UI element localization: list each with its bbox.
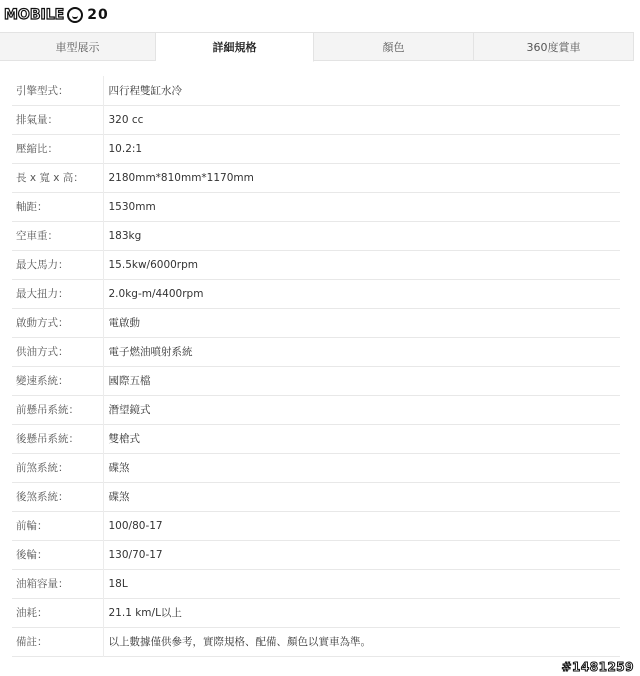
spec-value: 電子燃油噴射系統 bbox=[103, 337, 620, 366]
spec-label: 壓縮比： bbox=[12, 134, 103, 163]
spec-row-compression-ratio: 壓縮比：10.2:1 bbox=[12, 134, 620, 163]
tab-360-view[interactable]: 360度賞車 bbox=[474, 33, 634, 60]
spec-value: 潛望鏡式 bbox=[103, 395, 620, 424]
spec-value: 以上數據僅供參考，實際規格、配備、顏色以實車為準。 bbox=[103, 627, 620, 656]
tab-colors[interactable]: 顏色 bbox=[314, 33, 474, 60]
spec-row-displacement: 排氣量：320 cc bbox=[12, 105, 620, 134]
spec-label: 長 x 寬 x 高： bbox=[12, 163, 103, 192]
tab-detailed-specs[interactable]: 詳細規格 bbox=[156, 33, 314, 62]
spec-label: 軸距： bbox=[12, 192, 103, 221]
spec-label: 前懸吊系統： bbox=[12, 395, 103, 424]
spec-value: 碟煞 bbox=[103, 482, 620, 511]
spec-value: 國際五檔 bbox=[103, 366, 620, 395]
logo-wordmark: MOBILE bbox=[4, 7, 64, 23]
spec-label: 啟動方式： bbox=[12, 308, 103, 337]
site-logo[interactable]: MOBILE 20 bbox=[4, 5, 109, 25]
spec-value: 320 cc bbox=[103, 105, 620, 134]
spec-value: 130/70-17 bbox=[103, 540, 620, 569]
spec-value: 183kg bbox=[103, 221, 620, 250]
spec-value: 15.5kw/6000rpm bbox=[103, 250, 620, 279]
spec-row-dry-weight: 空車重：183kg bbox=[12, 221, 620, 250]
spec-row-transmission: 變速系統：國際五檔 bbox=[12, 366, 620, 395]
spec-label: 變速系統： bbox=[12, 366, 103, 395]
spec-label: 空車重： bbox=[12, 221, 103, 250]
spec-value: 100/80-17 bbox=[103, 511, 620, 540]
spec-value: 18L bbox=[103, 569, 620, 598]
spec-value: 碟煞 bbox=[103, 453, 620, 482]
spec-label: 前煞系統： bbox=[12, 453, 103, 482]
spec-row-rear-suspension: 後懸吊系統：雙槍式 bbox=[12, 424, 620, 453]
spec-label: 引擎型式： bbox=[12, 76, 103, 105]
spec-row-front-suspension: 前懸吊系統：潛望鏡式 bbox=[12, 395, 620, 424]
spec-row-max-power: 最大馬力：15.5kw/6000rpm bbox=[12, 250, 620, 279]
spec-value: 1530mm bbox=[103, 192, 620, 221]
spec-label: 油耗： bbox=[12, 598, 103, 627]
spec-row-remarks: 備註：以上數據僅供參考，實際規格、配備、顏色以實車為準。 bbox=[12, 627, 620, 656]
spec-row-engine-type: 引擎型式：四行程雙缸水冷 bbox=[12, 76, 620, 105]
spec-value: 2180mm*810mm*1170mm bbox=[103, 163, 620, 192]
spec-row-front-tire: 前輪：100/80-17 bbox=[12, 511, 620, 540]
spec-row-max-torque: 最大扭力：2.0kg-m/4400rpm bbox=[12, 279, 620, 308]
spec-value: 10.2:1 bbox=[103, 134, 620, 163]
spec-label: 供油方式： bbox=[12, 337, 103, 366]
spec-label: 備註： bbox=[12, 627, 103, 656]
spec-row-rear-tire: 後輪：130/70-17 bbox=[12, 540, 620, 569]
spec-value: 雙槍式 bbox=[103, 424, 620, 453]
spec-value: 四行程雙缸水冷 bbox=[103, 76, 620, 105]
spec-label: 最大扭力： bbox=[12, 279, 103, 308]
spec-label: 油箱容量： bbox=[12, 569, 103, 598]
spec-value: 電啟動 bbox=[103, 308, 620, 337]
spec-value: 21.1 km/L以上 bbox=[103, 598, 620, 627]
logo-suffix: 20 bbox=[87, 7, 108, 23]
spec-label: 排氣量： bbox=[12, 105, 103, 134]
image-id-watermark: #1481259 bbox=[561, 660, 634, 674]
spec-row-fuel-system: 供油方式：電子燃油噴射系統 bbox=[12, 337, 620, 366]
spec-row-fuel-consumption: 油耗：21.1 km/L以上 bbox=[12, 598, 620, 627]
spec-label: 後煞系統： bbox=[12, 482, 103, 511]
spec-row-front-brake: 前煞系統：碟煞 bbox=[12, 453, 620, 482]
tab-model-showcase[interactable]: 車型展示 bbox=[0, 33, 156, 60]
logo-face-icon bbox=[67, 7, 83, 23]
spec-label: 前輪： bbox=[12, 511, 103, 540]
top-bar: MOBILE 20 bbox=[0, 0, 640, 32]
spec-label: 後輪： bbox=[12, 540, 103, 569]
spec-label: 後懸吊系統： bbox=[12, 424, 103, 453]
spec-row-wheelbase: 軸距：1530mm bbox=[12, 192, 620, 221]
spec-value: 2.0kg-m/4400rpm bbox=[103, 279, 620, 308]
spec-row-dimensions: 長 x 寬 x 高：2180mm*810mm*1170mm bbox=[12, 163, 620, 192]
spec-table: 引擎型式：四行程雙缸水冷 排氣量：320 cc 壓縮比：10.2:1 長 x 寬… bbox=[12, 76, 620, 657]
spec-row-rear-brake: 後煞系統：碟煞 bbox=[12, 482, 620, 511]
spec-label: 最大馬力： bbox=[12, 250, 103, 279]
spec-row-start-method: 啟動方式：電啟動 bbox=[12, 308, 620, 337]
spec-row-fuel-capacity: 油箱容量：18L bbox=[12, 569, 620, 598]
tab-bar: 車型展示 詳細規格 顏色 360度賞車 bbox=[0, 32, 634, 61]
